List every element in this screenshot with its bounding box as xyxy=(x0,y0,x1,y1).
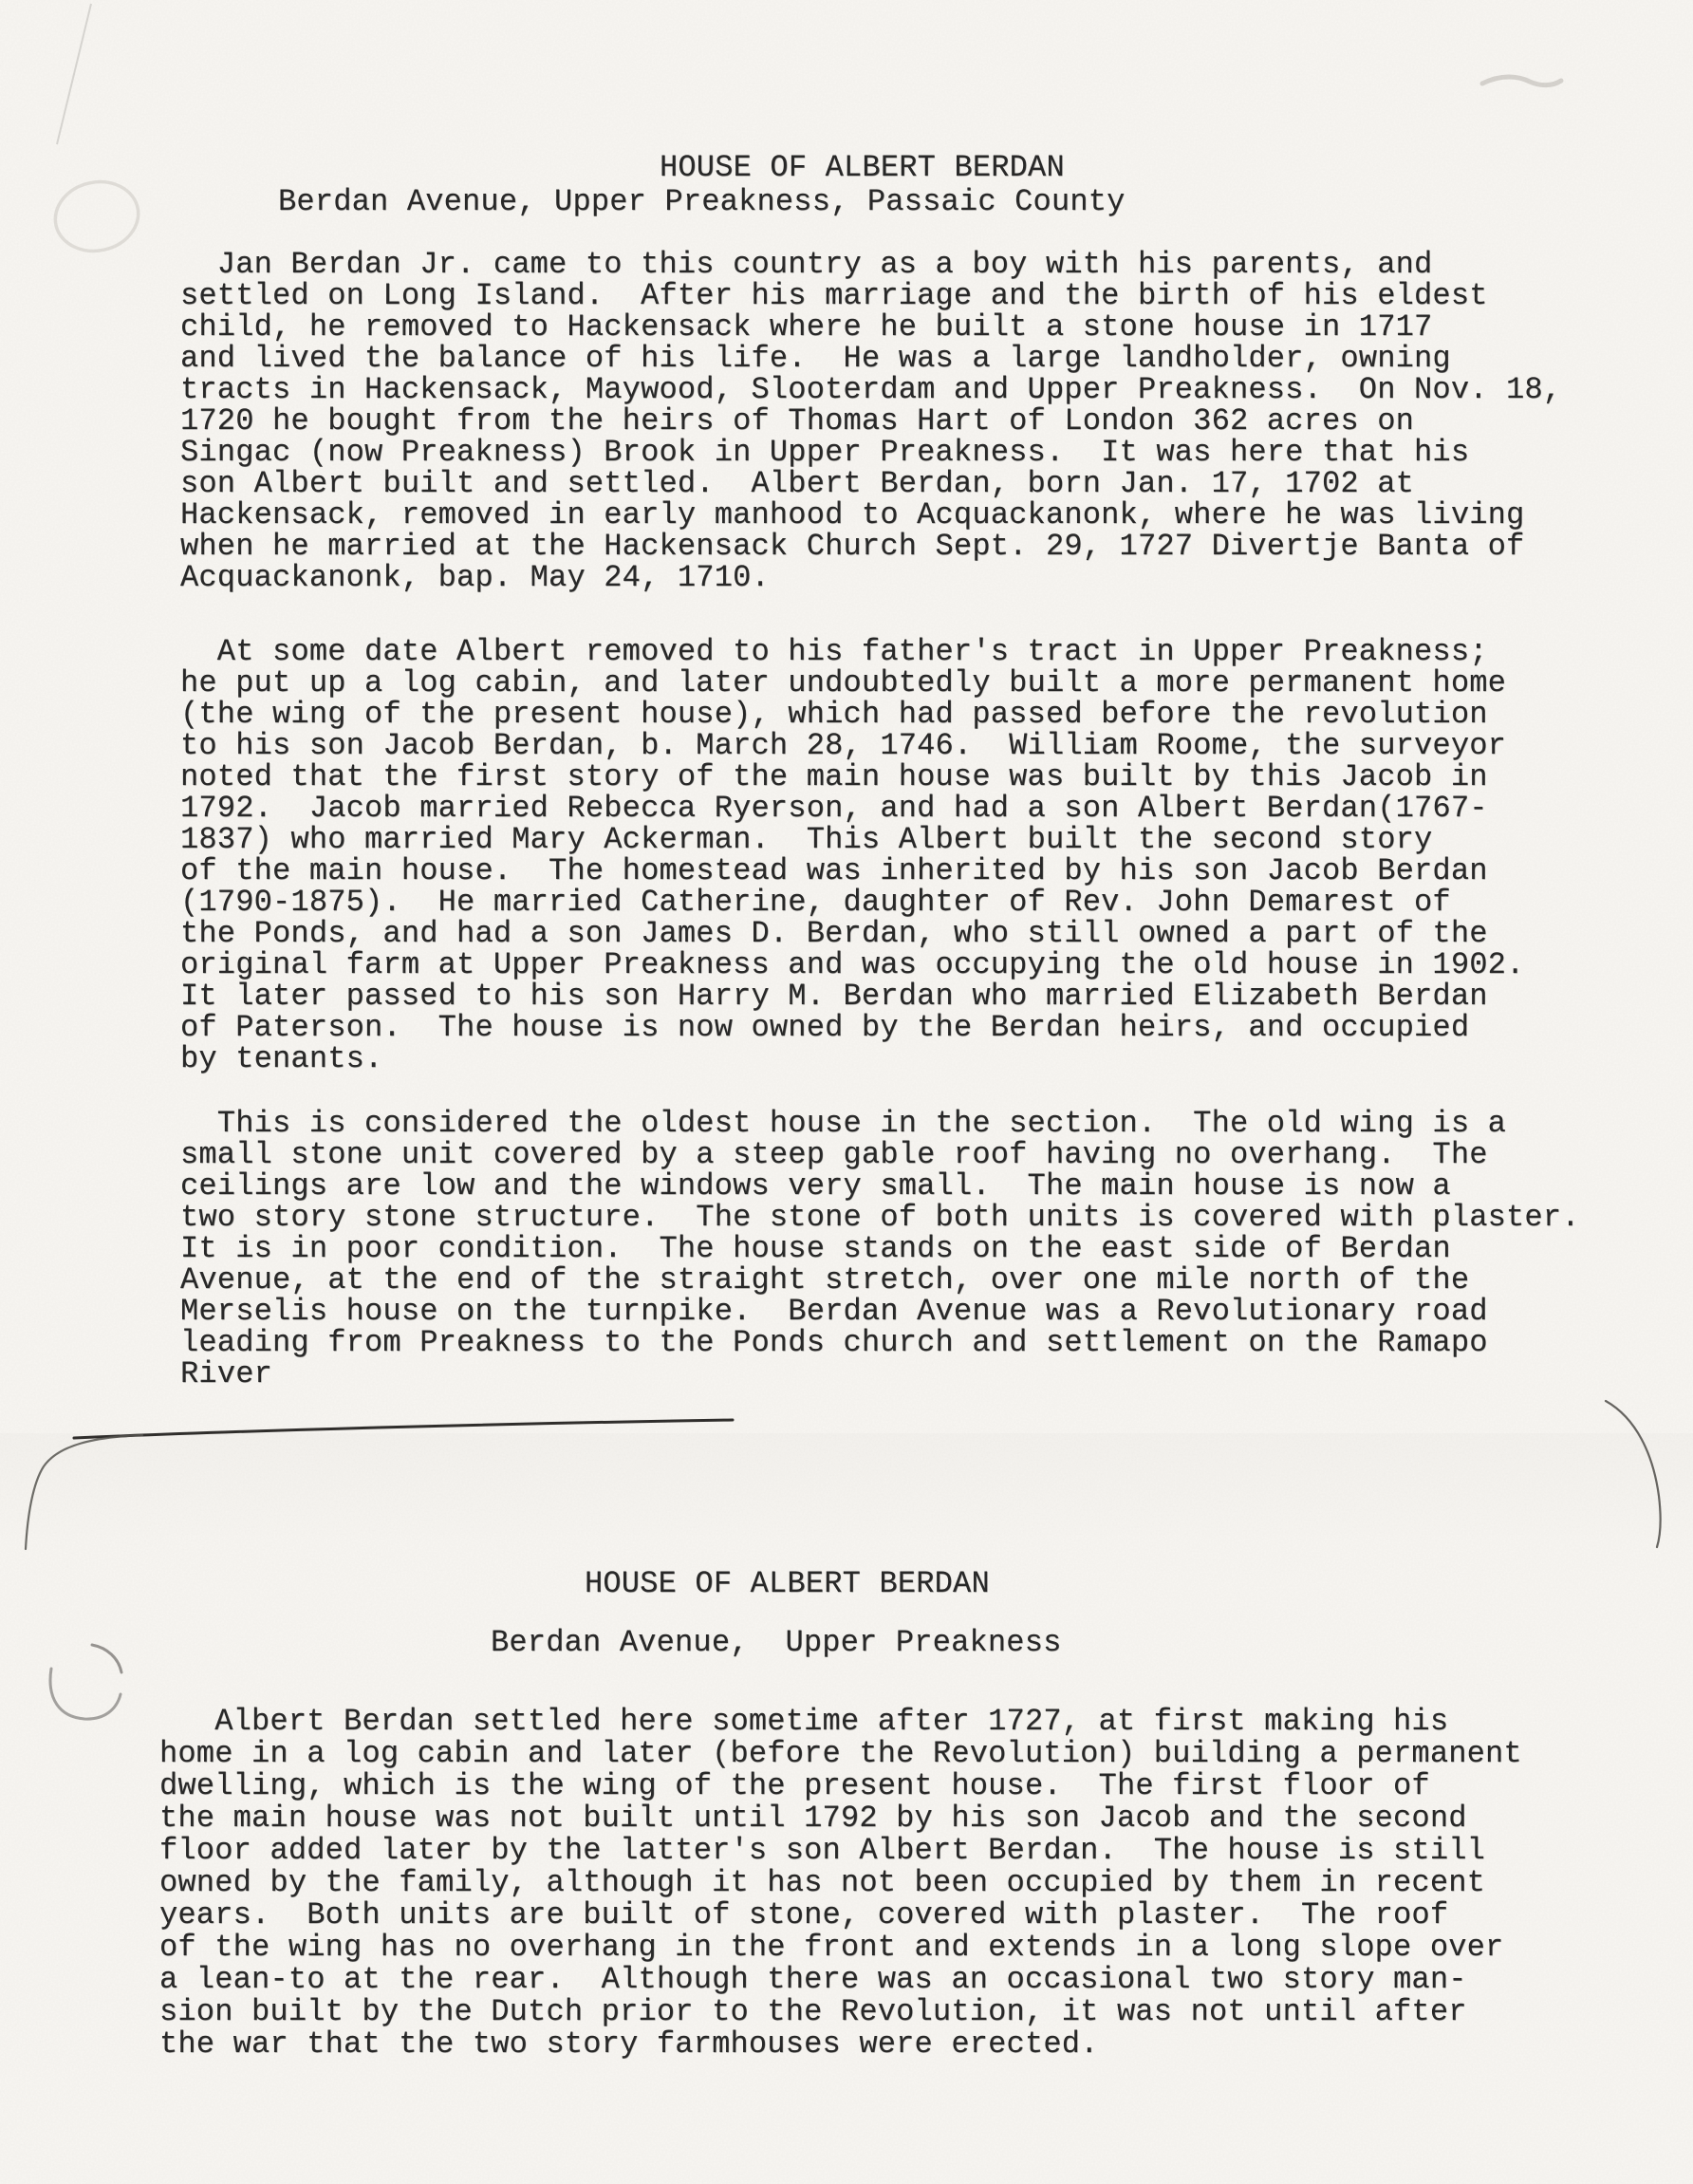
sheet-edge-left-corner xyxy=(26,1435,142,1549)
text-line: to his son Jacob Berdan, b. March 28, 17… xyxy=(180,730,1524,761)
text-line: Merselis house on the turnpike. Berdan A… xyxy=(180,1296,1580,1327)
text-line: settled on Long Island. After his marria… xyxy=(180,280,1561,311)
paragraph: This is considered the oldest house in t… xyxy=(180,1108,1580,1390)
text-line: owned by the family, although it has not… xyxy=(159,1867,1522,1899)
pencil-loop-mark xyxy=(48,175,144,259)
text-line: 1720 he bought from the heirs of Thomas … xyxy=(180,405,1561,437)
ring-stain-mark xyxy=(92,1645,121,1672)
text-line: (the wing of the present house), which h… xyxy=(180,699,1524,730)
text-line: Avenue, at the end of the straight stret… xyxy=(180,1264,1580,1296)
text-line: two story stone structure. The stone of … xyxy=(180,1202,1580,1233)
paragraph: At some date Albert removed to his fathe… xyxy=(180,636,1524,1074)
page-subtitle: Berdan Avenue, Upper Preakness, Passaic … xyxy=(278,186,1126,217)
page-subtitle: Berdan Avenue, Upper Preakness xyxy=(491,1627,1062,1659)
sheet-edge-right-corner xyxy=(1606,1401,1661,1547)
text-line: the war that the two story farmhouses we… xyxy=(159,2028,1522,2061)
text-line: of the main house. The homestead was inh… xyxy=(180,855,1524,887)
text-line: home in a log cabin and later (before th… xyxy=(159,1738,1522,1770)
text-line: he put up a log cabin, and later undoubt… xyxy=(180,667,1524,699)
text-line: 1837) who married Mary Ackerman. This Al… xyxy=(180,824,1524,855)
text-line: the main house was not built until 1792 … xyxy=(159,1802,1522,1835)
text-line: small stone unit covered by a steep gabl… xyxy=(180,1139,1580,1170)
text-line: River xyxy=(180,1358,1580,1390)
text-line: dwelling, which is the wing of the prese… xyxy=(159,1770,1522,1802)
text-line: Acquackanonk, bap. May 24, 1710. xyxy=(180,562,1561,593)
text-line: of Paterson. The house is now owned by t… xyxy=(180,1012,1524,1043)
text-line: sion built by the Dutch prior to the Rev… xyxy=(159,1996,1522,2028)
text-line: (1790-1875). He married Catherine, daugh… xyxy=(180,887,1524,918)
smudge-mark xyxy=(1482,77,1561,85)
text-line: 1792. Jacob married Rebecca Ryerson, and… xyxy=(180,793,1524,824)
text-line: Albert Berdan settled here sometime afte… xyxy=(159,1706,1522,1738)
text-line: when he married at the Hackensack Church… xyxy=(180,531,1561,562)
sheet-overlap-shading xyxy=(0,1433,1693,1547)
text-line: ceilings are low and the windows very sm… xyxy=(180,1170,1580,1202)
text-line: of the wing has no overhang in the front… xyxy=(159,1932,1522,1964)
text-line: At some date Albert removed to his fathe… xyxy=(180,636,1524,667)
text-line: floor added later by the latter's son Al… xyxy=(159,1835,1522,1867)
text-line: It later passed to his son Harry M. Berd… xyxy=(180,980,1524,1012)
text-line: child, he removed to Hackensack where he… xyxy=(180,311,1561,343)
text-line: tracts in Hackensack, Maywood, Slooterda… xyxy=(180,374,1561,405)
page-title: HOUSE OF ALBERT BERDAN xyxy=(585,1568,990,1600)
text-line: years. Both units are built of stone, co… xyxy=(159,1899,1522,1932)
text-line: the Ponds, and had a son James D. Berdan… xyxy=(180,918,1524,949)
text-line: leading from Preakness to the Ponds chur… xyxy=(180,1327,1580,1358)
text-line: and lived the balance of his life. He wa… xyxy=(180,343,1561,374)
text-line: This is considered the oldest house in t… xyxy=(180,1108,1580,1139)
crease-mark xyxy=(57,4,91,144)
ring-stain-mark xyxy=(50,1669,121,1719)
scanned-document: HOUSE OF ALBERT BERDAN Berdan Avenue, Up… xyxy=(0,0,1693,2184)
text-line: It is in poor condition. The house stand… xyxy=(180,1233,1580,1264)
paragraph: Jan Berdan Jr. came to this country as a… xyxy=(180,249,1561,593)
sheet-edge-line xyxy=(74,1420,733,1438)
text-line: by tenants. xyxy=(180,1043,1524,1074)
text-line: son Albert built and settled. Albert Ber… xyxy=(180,468,1561,499)
text-line: Hackensack, removed in early manhood to … xyxy=(180,499,1561,531)
page-title: HOUSE OF ALBERT BERDAN xyxy=(660,152,1065,183)
text-line: Jan Berdan Jr. came to this country as a… xyxy=(180,249,1561,280)
text-line: a lean-to at the rear. Although there wa… xyxy=(159,1964,1522,1996)
text-line: noted that the first story of the main h… xyxy=(180,761,1524,793)
text-line: Singac (now Preakness) Brook in Upper Pr… xyxy=(180,437,1561,468)
paragraph: Albert Berdan settled here sometime afte… xyxy=(159,1706,1522,2061)
text-line: original farm at Upper Preakness and was… xyxy=(180,949,1524,980)
